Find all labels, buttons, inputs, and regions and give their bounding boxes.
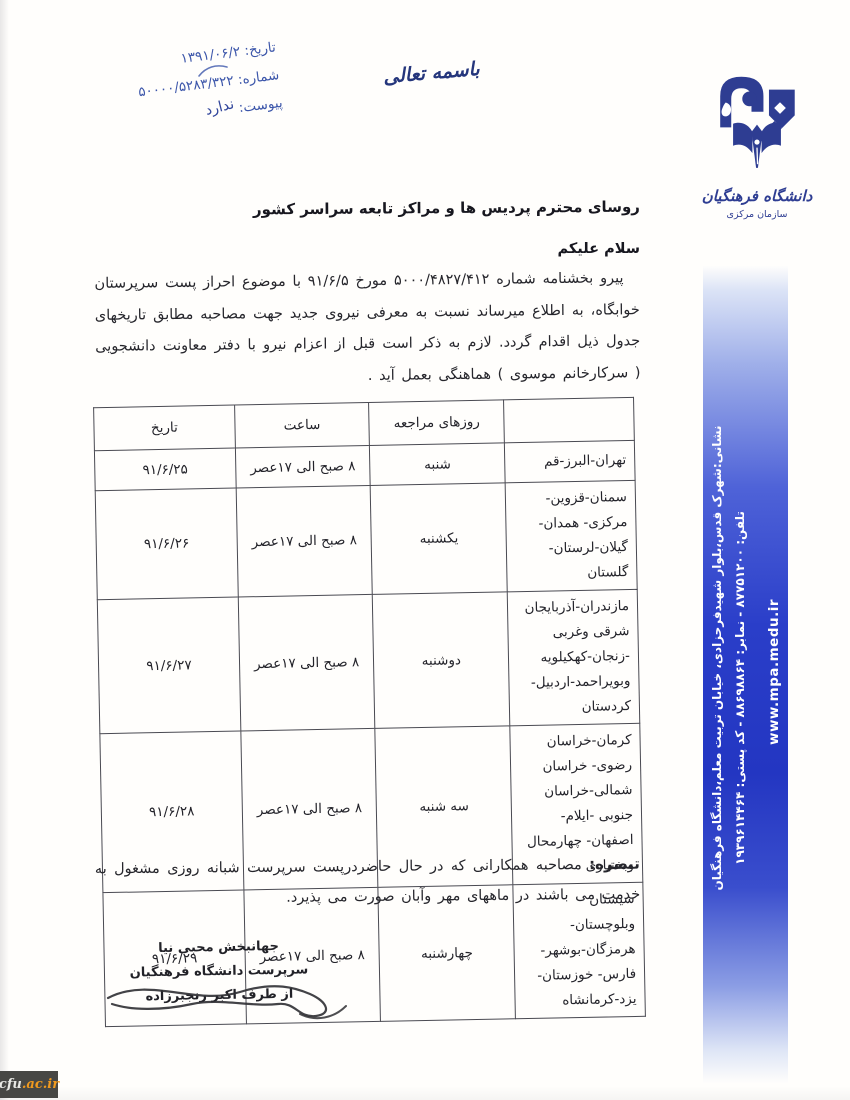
- cell-day: یکشنبه: [371, 483, 508, 595]
- watermark-prefix: cfu: [0, 1077, 22, 1092]
- scanned-letter-page: تاریخ: ۱۳۹۱/۰۶/۲ شماره: ۵۰۰۰۰/۵۲۸۳/۳۲۲ پ…: [0, 0, 850, 1100]
- col-header-days: روزهای مراجعه: [369, 400, 505, 446]
- table-row: مازندران-آذربایجان شرقی وغربی -زنجان-کهک…: [97, 589, 639, 733]
- signature-scribble-icon: [100, 962, 352, 1024]
- logo-org-name: دانشگاه فرهنگیان: [690, 187, 824, 205]
- cell-date: ۹۱/۶/۲۶: [95, 488, 238, 600]
- col-header-regions: [504, 397, 635, 442]
- note-block: تبصره: مصاحبه همکارانی که در حال حاضردرپ…: [95, 849, 641, 915]
- salutation-line: سلام علیکم: [558, 241, 641, 257]
- col-header-date: تاریخ: [94, 405, 236, 451]
- logo-org-subtitle: سازمان مرکزی: [690, 209, 824, 220]
- note-label: تبصره:: [589, 855, 640, 873]
- cell-date: ۹۱/۶/۲۵: [94, 448, 235, 491]
- besmele-text: باسمه تعالی: [382, 58, 480, 88]
- cell-hours: ۸ صبح الی ۱۷عصر: [235, 445, 370, 488]
- sidebar-contact: تلفن: ۸۷۷۵۱۲۰۰ - نمابر: ۸۸۶۹۸۸۶۴ - کد پس…: [733, 511, 747, 865]
- cell-regions: تهران-البرز-قم: [505, 440, 636, 482]
- cell-date: ۹۱/۶/۲۷: [97, 597, 240, 734]
- table-row: سمنان-قزوین-مرکزی- همدان-گیلان-لرستان- گ…: [95, 480, 637, 599]
- cell-regions: مازندران-آذربایجان شرقی وغربی -زنجان-کهک…: [507, 589, 639, 725]
- recipient-line: روسای محترم پردیس ها و مراکز تابعه سراسر…: [253, 198, 640, 219]
- watermark-badge: cfu.ac.ir: [0, 1071, 58, 1098]
- sidebar-address: نشانی:شهرک قدس،بلوار شهیدفرحزادی، خیابان…: [710, 425, 724, 890]
- sidebar-website: www.mpa.medu.ir: [766, 599, 782, 745]
- date-label: تاریخ:: [244, 39, 277, 59]
- note-text: مصاحبه همکارانی که در حال حاضردرپست سرپر…: [95, 857, 640, 906]
- body-paragraph: پیرو بخشنامه شماره ۵۰۰۰/۴۸۲۷/۴۱۲ مورخ ۹۱…: [94, 263, 640, 395]
- cell-hours: ۸ صبح الی ۱۷عصر: [238, 594, 375, 731]
- cell-regions: سمنان-قزوین-مرکزی- همدان-گیلان-لرستان- گ…: [505, 480, 637, 591]
- number-label: شماره:: [237, 67, 280, 88]
- watermark-suffix: .ac.ir: [22, 1077, 59, 1092]
- university-logo-icon: [711, 68, 803, 184]
- pen-mark-icon: [196, 60, 230, 80]
- university-logo-block: دانشگاه فرهنگیان سازمان مرکزی: [690, 68, 824, 220]
- col-header-hours: ساعت: [234, 402, 370, 448]
- interview-schedule-table: روزهای مراجعه ساعت تاریخ تهران-البرز-قم …: [93, 397, 646, 1027]
- cell-day: دوشنبه: [373, 592, 510, 729]
- cell-day: شنبه: [370, 443, 505, 486]
- letterhead-stamp: تاریخ: ۱۳۹۱/۰۶/۲ شماره: ۵۰۰۰۰/۵۲۸۳/۳۲۲ پ…: [80, 34, 285, 142]
- attachment-value-handwritten: ندارد: [202, 91, 237, 127]
- attachment-label: پیوست:: [238, 95, 284, 116]
- cell-hours: ۸ صبح الی ۱۷عصر: [236, 485, 373, 597]
